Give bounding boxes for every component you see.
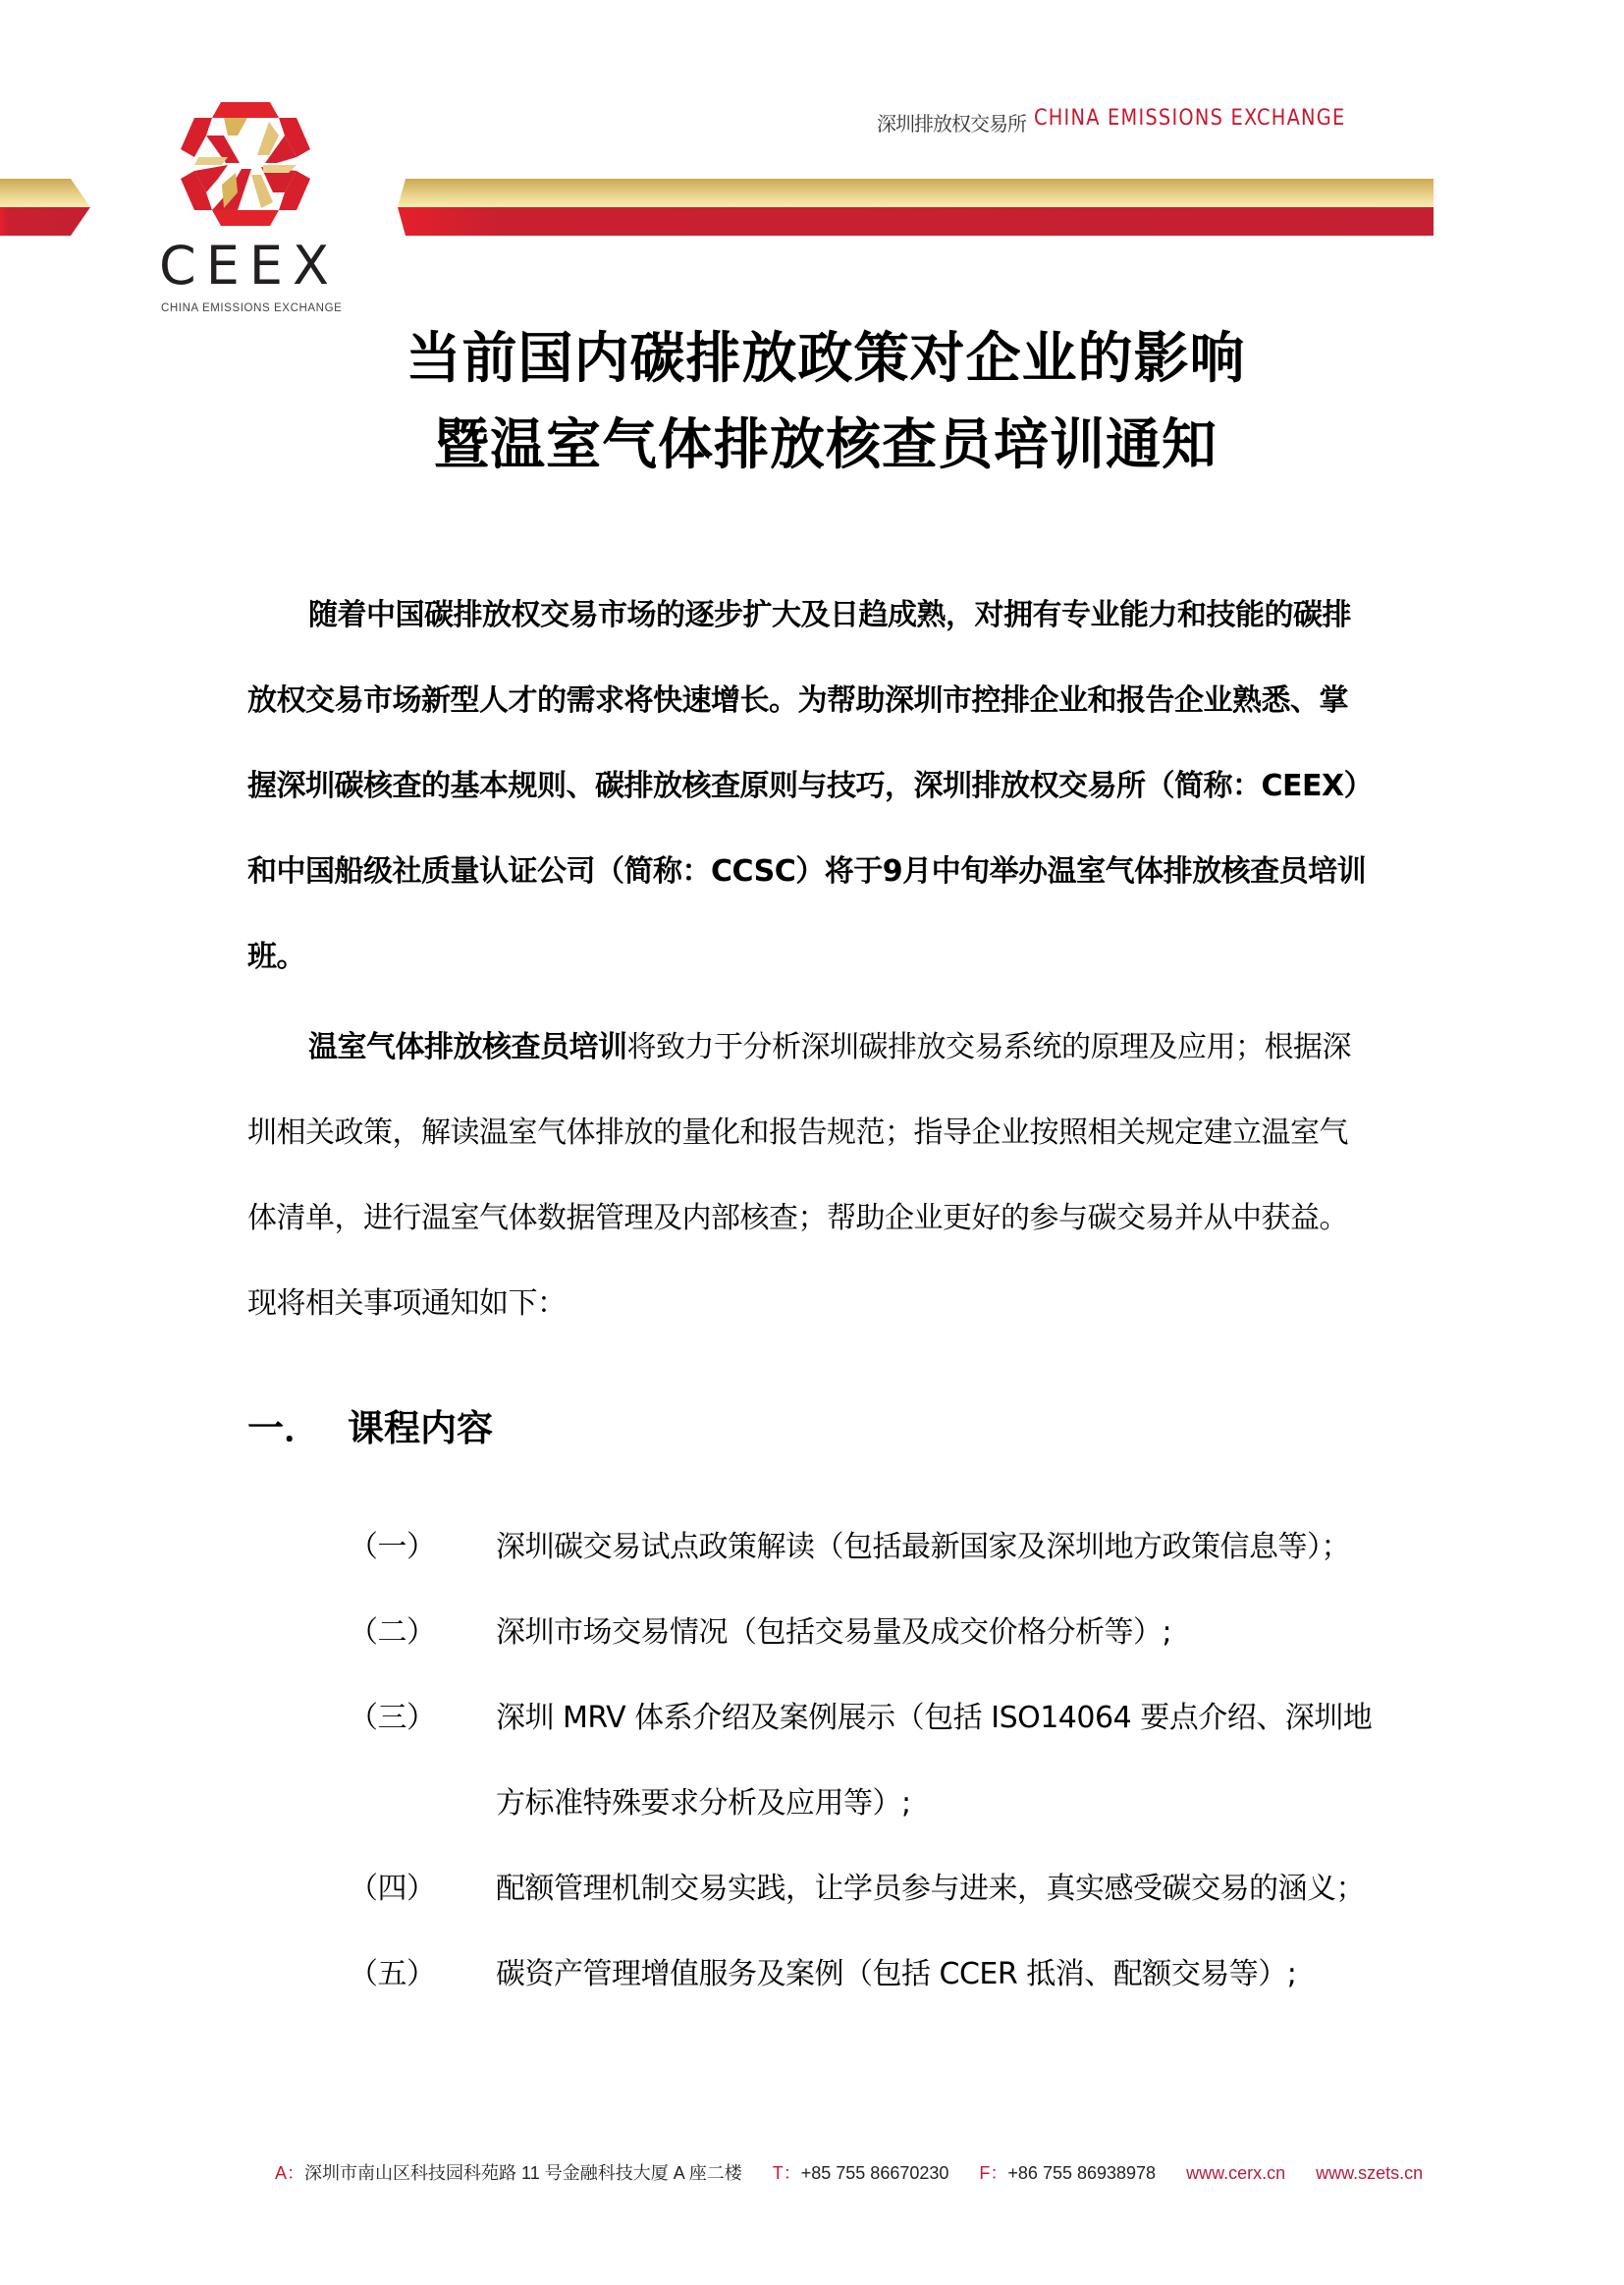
website-link-szets[interactable]: www.szets.cn (1316, 2163, 1423, 2183)
intro-p2-line: 现将相关事项通知如下： (247, 1261, 1396, 1346)
section-heading-course-content: 一．课程内容 (247, 1398, 493, 1451)
logo-subtitle: CHINA EMISSIONS EXCHANGE (161, 302, 342, 314)
training-name-bold: 温室气体排放核查员培训 (308, 1030, 627, 1064)
item-text: 配额管理机制交易实践，让学员参与进来，真实感受碳交易的涵义； (496, 1846, 1365, 1931)
course-item-4: （四）配额管理机制交易实践，让学员参与进来，真实感受碳交易的涵义； (349, 1846, 1365, 1931)
intro-p2-line: 温室气体排放核查员培训将致力于分析深圳碳排放交易系统的原理及应用；根据深 (247, 1005, 1396, 1090)
intro-p1-line: 随着中国碳排放权交易市场的逐步扩大及日趋成熟，对拥有专业能力和技能的碳排 (247, 572, 1396, 658)
section-number: 一． (247, 1398, 348, 1451)
document-title-line2: 暨温室气体排放核查员培训通知 (14, 416, 1624, 475)
address-label: A： (275, 2163, 304, 2183)
item-text: 深圳市场交易情况（包括交易量及成交价格分析等）; (496, 1590, 1171, 1675)
fax-number: +86 755 86938978 (1007, 2163, 1156, 2183)
intro-p2-line: 圳相关政策，解读温室气体排放的量化和报告规范；指导企业按照相关规定建立温室气 (247, 1090, 1396, 1175)
intro-paragraph-2: 温室气体排放核查员培训将致力于分析深圳碳排放交易系统的原理及应用；根据深 圳相关… (247, 1005, 1396, 1346)
course-item-5: （五）碳资产管理增值服务及案例（包括 CCER 抵消、配额交易等）; (349, 1931, 1296, 2017)
header-ribbon-left (0, 179, 90, 236)
intro-paragraph-1: 随着中国碳排放权交易市场的逐步扩大及日趋成熟，对拥有专业能力和技能的碳排 放权交… (247, 572, 1396, 1000)
ceex-hexagon-logo-icon (179, 100, 312, 228)
item-number: （三） (349, 1675, 496, 1761)
intro-p1-line: 握深圳碳核查的基本规则、碳排放核查原则与技巧，深圳排放权交易所（简称：CEEX） (247, 743, 1396, 829)
footer-contact: A：深圳市南山区科技园科苑路 11 号金融科技大厦 A 座二楼 T：+85 75… (275, 2159, 1423, 2185)
fax-label: F： (979, 2163, 1007, 2183)
tel-number: +85 755 86670230 (801, 2163, 949, 2183)
org-name-en: CHINA EMISSIONS EXCHANGE (1034, 106, 1345, 131)
intro-p1-line: 和中国船级社质量认证公司（简称：CCSC）将于9月中旬举办温室气体排放核查员培训 (247, 829, 1396, 914)
header-ribbon-right (398, 179, 1434, 236)
document-title-line1: 当前国内碳排放政策对企业的影响 (14, 330, 1624, 389)
website-link-cerx[interactable]: www.cerx.cn (1186, 2163, 1285, 2183)
tel-label: T： (773, 2163, 801, 2183)
intro-p2-line: 体清单，进行温室气体数据管理及内部核查；帮助企业更好的参与碳交易并从中获益。 (247, 1175, 1396, 1261)
item-number: （一） (349, 1504, 496, 1590)
intro-p1-line: 放权交易市场新型人才的需求将快速增长。为帮助深圳市控排企业和报告企业熟悉、掌 (247, 658, 1396, 743)
item-number: （二） (349, 1590, 496, 1675)
item-text: 碳资产管理增值服务及案例（包括 CCER 抵消、配额交易等）; (496, 1931, 1296, 2017)
intro-p1-line: 班。 (247, 914, 1396, 1000)
section-title: 课程内容 (348, 1407, 493, 1449)
item-text: 深圳碳交易试点政策解读（包括最新国家及深圳地方政策信息等）； (496, 1504, 1350, 1590)
item-number: （四） (349, 1846, 496, 1931)
course-item-3: （三）深圳 MRV 体系介绍及案例展示（包括 ISO14064 要点介绍、深圳地… (349, 1675, 1372, 1846)
course-item-2: （二）深圳市场交易情况（包括交易量及成交价格分析等）; (349, 1590, 1171, 1675)
item-text: 深圳 MRV 体系介绍及案例展示（包括 ISO14064 要点介绍、深圳地方标准… (496, 1675, 1372, 1846)
item-number: （五） (349, 1931, 496, 2017)
org-name-cn: 深圳排放权交易所 (877, 108, 1026, 136)
address-text: 深圳市南山区科技园科苑路 11 号金融科技大厦 A 座二楼 (304, 2163, 742, 2183)
course-item-1: （一）深圳碳交易试点政策解读（包括最新国家及深圳地方政策信息等）； (349, 1504, 1350, 1590)
logo-wordmark: CEEX (159, 240, 336, 293)
